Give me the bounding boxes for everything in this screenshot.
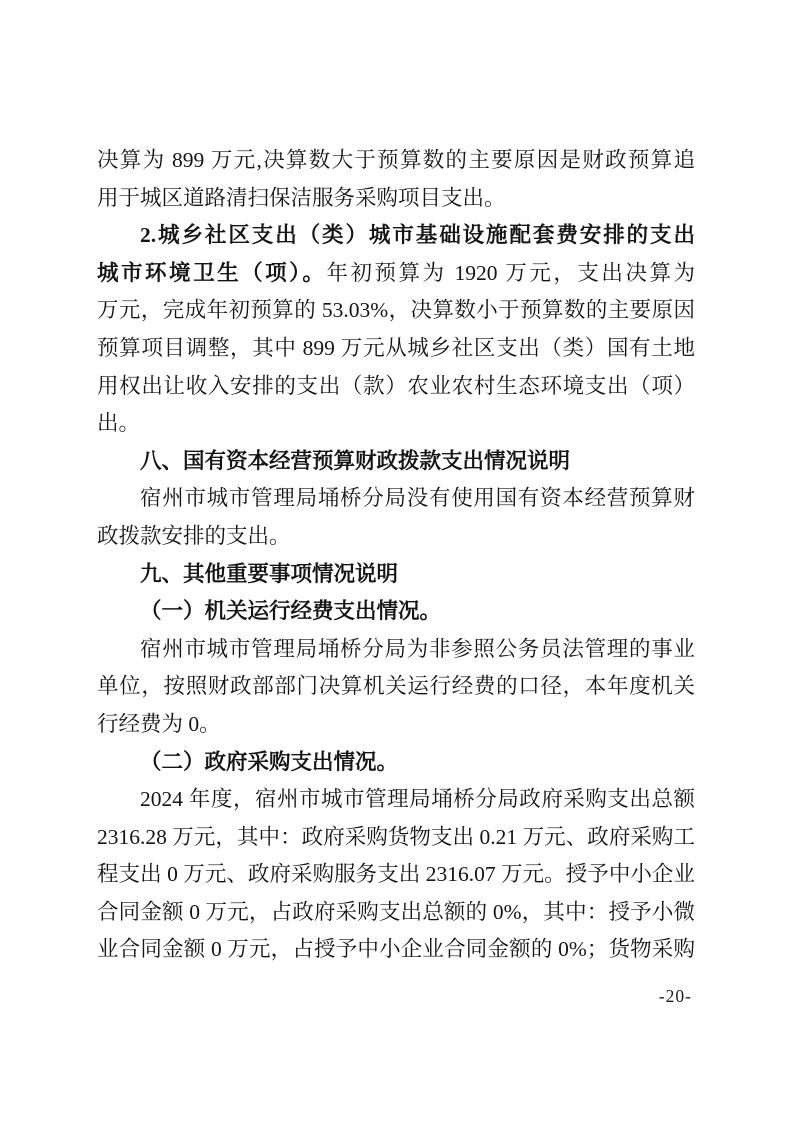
subheading-line: （一）机关运行经费支出情况。 [97, 593, 695, 631]
text-line: 程支出 0 万元、政府采购服务支出 2316.07 万元。授予中小企业 [97, 856, 695, 894]
page-number: -20- [659, 986, 692, 1007]
bold-run: 城市环境卫生（项）。 [97, 261, 326, 285]
text-line: 用权出让收入安排的支出（款）农业农村生态环境支出（项）支 [97, 368, 695, 406]
text-line: 2316.28 万元，其中：政府采购货物支出 0.21 万元、政府采购工 [97, 819, 695, 857]
document-text-block: 决算为 899 万元,决算数大于预算数的主要原因是财政预算追加， 用于城区道路清… [97, 142, 695, 969]
subheading-line: 2.城乡社区支出（类）城市基础设施配套费安排的支出（款） [97, 217, 695, 255]
text-line: 行经费为 0。 [97, 706, 695, 744]
text-line: 城市环境卫生（项）。年初预算为 1920 万元，支出决算为 1018.33 [97, 255, 695, 293]
text-line: 政拨款安排的支出。 [97, 518, 695, 556]
text-line: 宿州市城市管理局埇桥分局为非参照公务员法管理的事业 [97, 631, 695, 669]
text-line: 出。 [97, 405, 695, 443]
text-line: 万元，完成年初预算的 53.03%，决算数小于预算数的主要原因是 [97, 292, 695, 330]
text-line: 单位，按照财政部部门决算机关运行经费的口径，本年度机关运 [97, 668, 695, 706]
text-line: 业合同金额 0 万元，占授予中小企业合同金额的 0%；货物采购授 [97, 931, 695, 969]
document-page: 决算为 899 万元,决算数大于预算数的主要原因是财政预算追加， 用于城区道路清… [0, 0, 793, 1122]
subheading-line: （二）政府采购支出情况。 [97, 744, 695, 782]
text-line: 用于城区道路清扫保洁服务采购项目支出。 [97, 180, 695, 218]
text-line: 决算为 899 万元,决算数大于预算数的主要原因是财政预算追加， [97, 142, 695, 180]
section-heading: 九、其他重要事项情况说明 [97, 556, 695, 594]
text-line: 预算项目调整，其中 899 万元从城乡社区支出（类）国有土地使 [97, 330, 695, 368]
text-line: 宿州市城市管理局埇桥分局没有使用国有资本经营预算财 [97, 480, 695, 518]
text-line: 合同金额 0 万元，占政府采购支出总额的 0%，其中：授予小微企 [97, 894, 695, 932]
section-heading: 八、国有资本经营预算财政拨款支出情况说明 [97, 443, 695, 481]
text-line: 2024 年度，宿州市城市管理局埇桥分局政府采购支出总额 [97, 781, 695, 819]
